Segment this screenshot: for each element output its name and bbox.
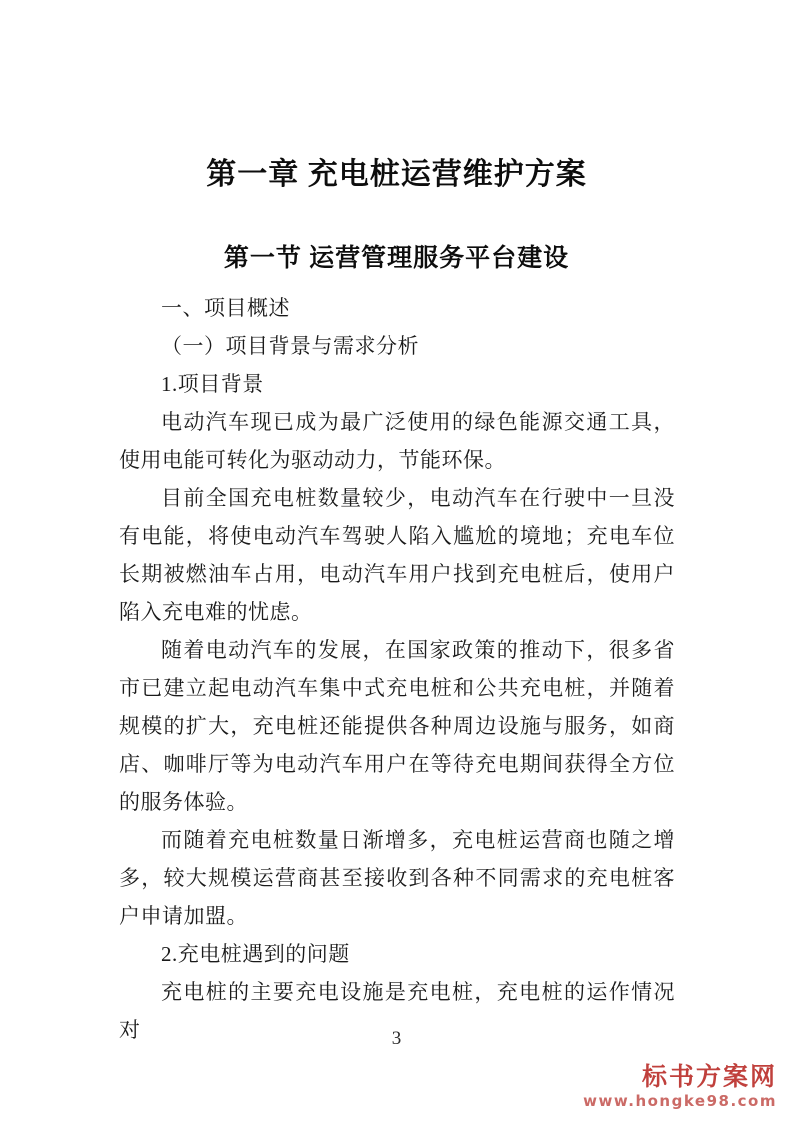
numbered-heading: 1.项目背景 [119, 365, 675, 403]
document-body: 一、项目概述 （一）项目背景与需求分析 1.项目背景 电动汽车现已成为最广泛使用… [119, 289, 675, 1049]
watermark-site-url: www.hongke98.com [583, 1092, 777, 1110]
page-number: 3 [0, 1028, 793, 1050]
watermark: 标书方案网 www.hongke98.com [583, 1062, 777, 1110]
chapter-title: 第一章 充电桩运营维护方案 [0, 154, 793, 196]
heading-level-4: （一）项目背景与需求分析 [119, 327, 675, 365]
heading-level-3: 一、项目概述 [119, 289, 675, 327]
watermark-site-name: 标书方案网 [583, 1062, 777, 1092]
numbered-heading: 2.充电桩遇到的问题 [119, 935, 675, 973]
body-paragraph: 随着电动汽车的发展，在国家政策的推动下，很多省市已建立起电动汽车集中式充电桩和公… [119, 631, 675, 821]
body-paragraph: 目前全国充电桩数量较少，电动汽车在行驶中一旦没有电能，将使电动汽车驾驶人陷入尴尬… [119, 479, 675, 631]
document-page: 第一章 充电桩运营维护方案 第一节 运营管理服务平台建设 一、项目概述 （一）项… [0, 0, 793, 1122]
section-title: 第一节 运营管理服务平台建设 [0, 241, 793, 277]
body-paragraph: 而随着充电桩数量日渐增多，充电桩运营商也随之增多，较大规模运营商甚至接收到各种不… [119, 821, 675, 935]
body-paragraph: 电动汽车现已成为最广泛使用的绿色能源交通工具，使用电能可转化为驱动动力，节能环保… [119, 403, 675, 479]
